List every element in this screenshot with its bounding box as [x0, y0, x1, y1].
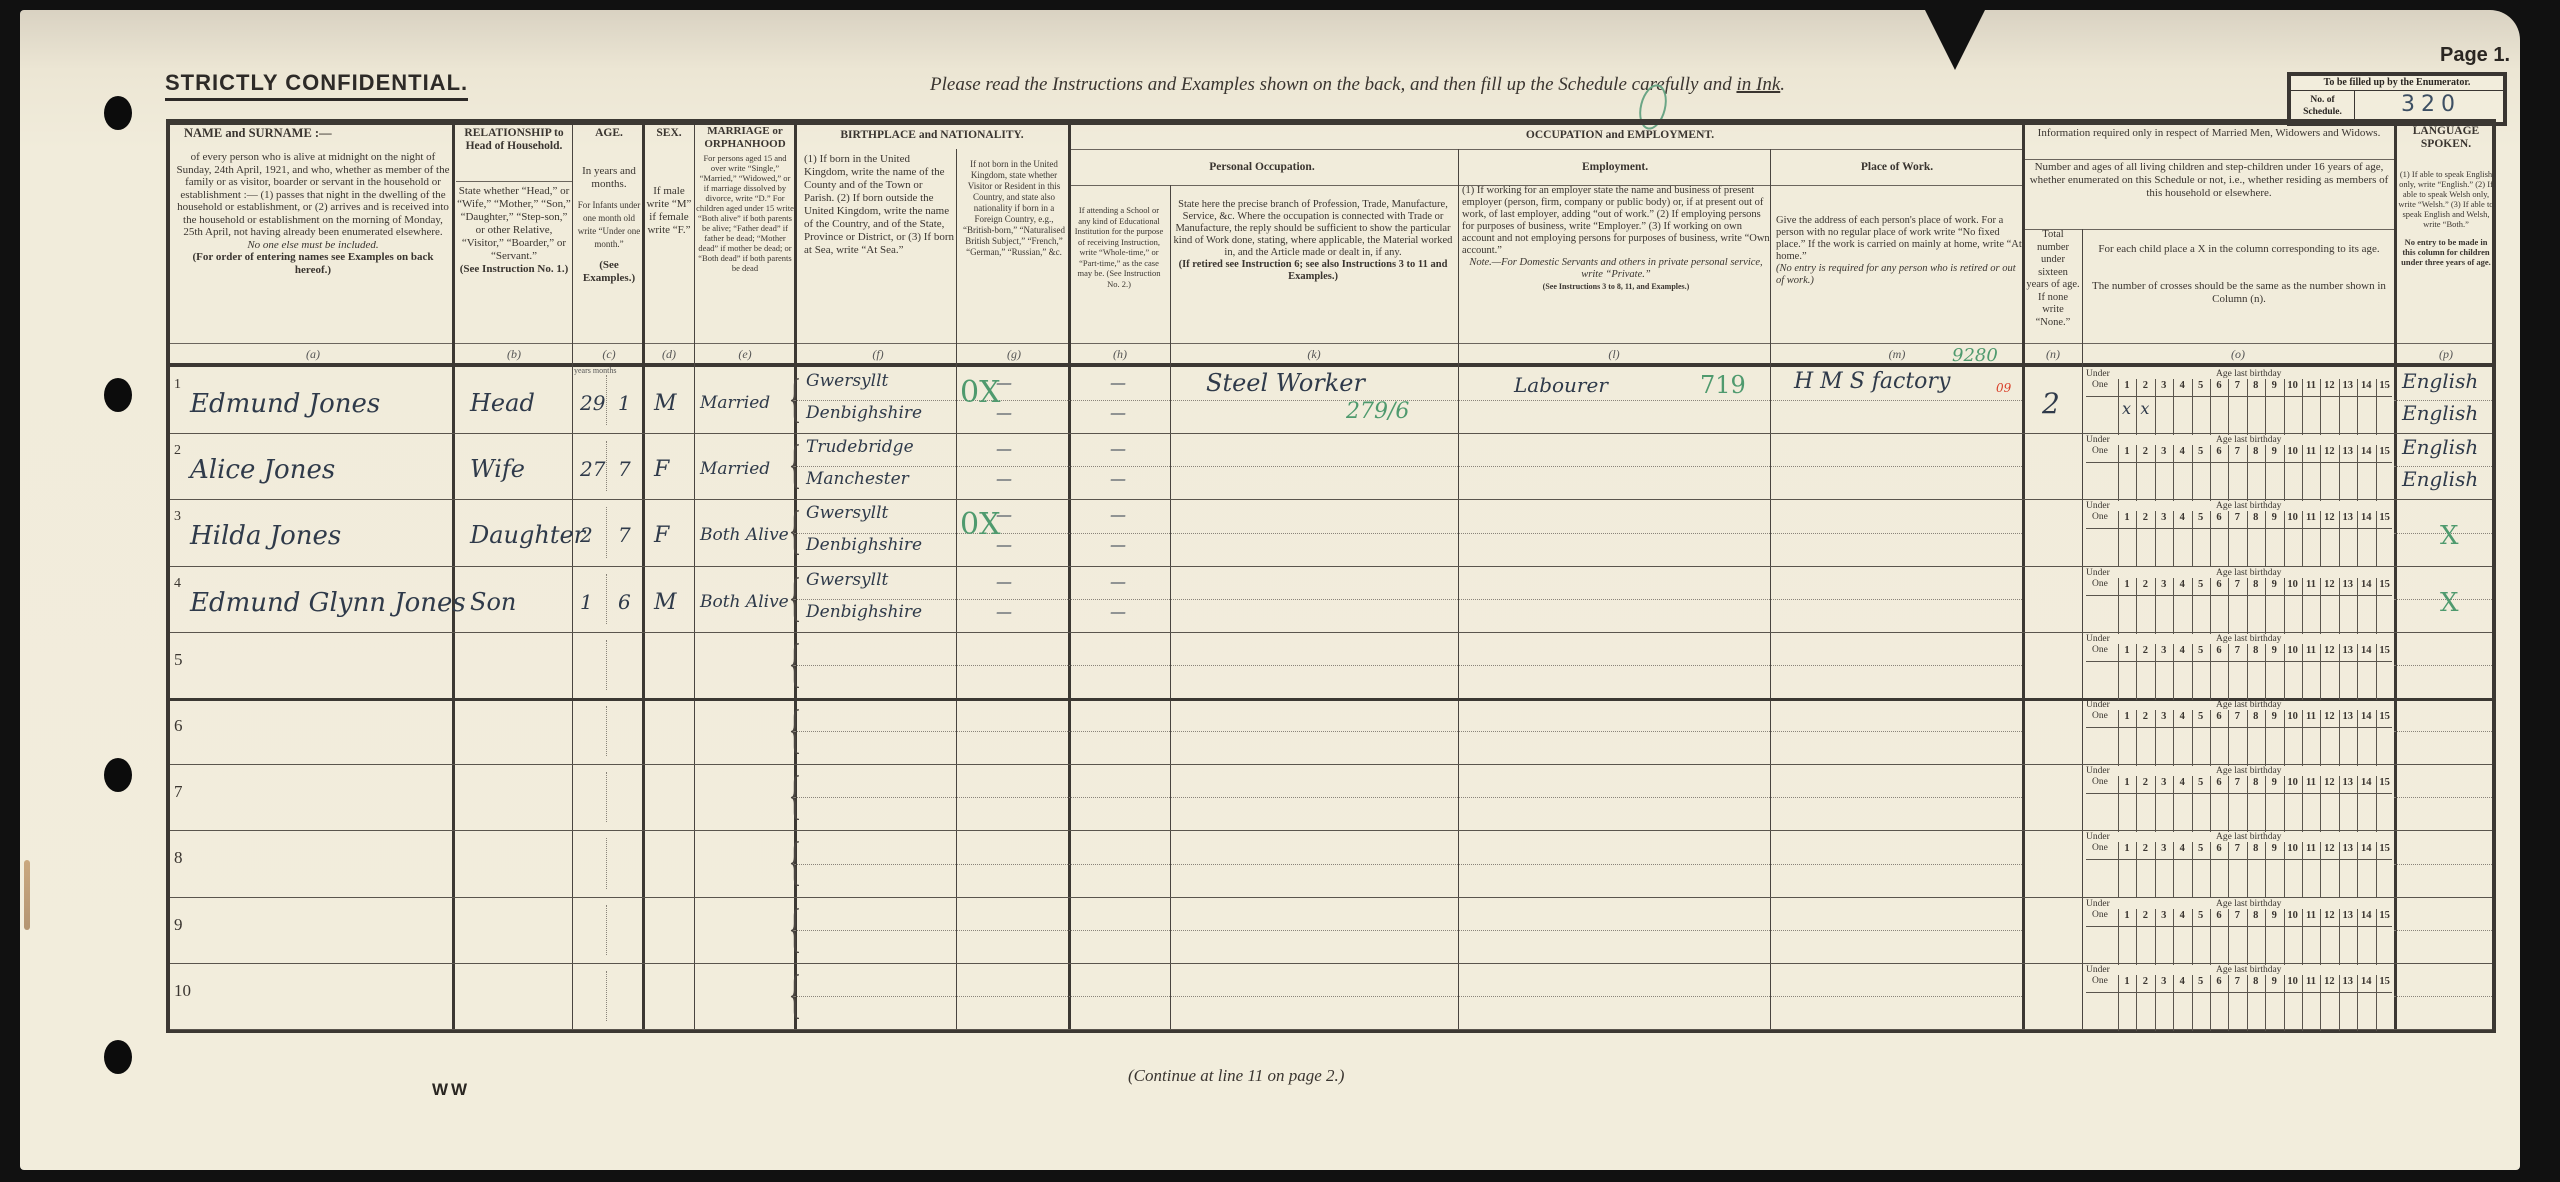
name-cell[interactable]: Hilda Jones	[190, 521, 341, 551]
row-brace: {	[788, 967, 801, 1021]
header-relationship-body: State whether “Head,” or “Wife,” “Mother…	[456, 185, 572, 276]
header-age-body: In years and months.For Infants under on…	[576, 165, 642, 285]
age-column-label: 2	[2136, 843, 2154, 854]
education-cell[interactable]: —	[1110, 505, 1126, 524]
age-column-label: 3	[2155, 976, 2173, 987]
sex-cell[interactable]: M	[654, 391, 677, 416]
age-column-label: 4	[2173, 579, 2191, 590]
age-column-label: 3	[2155, 711, 2173, 722]
rust-stain	[24, 860, 30, 930]
children-age-grid: UnderOneAge last birthday123456789101112…	[2086, 766, 2392, 828]
age-column-label: 15	[2376, 711, 2394, 722]
age-column-label: 12	[2320, 910, 2338, 921]
age-column-label: 2	[2136, 512, 2154, 523]
age-column-label: 1	[2118, 579, 2136, 590]
place-code: 09	[1996, 381, 2011, 395]
age-column-label: 5	[2192, 579, 2210, 590]
age-column-label: 4	[2173, 843, 2191, 854]
age-column-label: 10	[2284, 843, 2302, 854]
schedule-number-label: No. of Schedule.	[2291, 91, 2355, 122]
continue-note: (Continue at line 11 on page 2.)	[1128, 1066, 1344, 1086]
header-sex: SEX.	[644, 127, 694, 140]
age-column-label: 12	[2320, 843, 2338, 854]
col-letter-p: (p)	[2396, 347, 2496, 362]
age-column-label: 8	[2247, 976, 2265, 987]
row-number: 10	[174, 981, 191, 1001]
age-column-label: 15	[2376, 645, 2394, 656]
age-column-label: 11	[2302, 579, 2320, 590]
age-column-label: 12	[2320, 645, 2338, 656]
age-column-label: 9	[2265, 711, 2283, 722]
nationality-cell-2[interactable]: —	[996, 469, 1012, 488]
age-column-label: 8	[2247, 579, 2265, 590]
marriage-cell[interactable]: Married	[700, 393, 770, 413]
age-column-label: 14	[2357, 645, 2375, 656]
row-brace: {	[788, 437, 801, 491]
age-column-label: 8	[2247, 380, 2265, 391]
name-cell[interactable]: Alice Jones	[190, 455, 335, 485]
col-letter-a: (a)	[176, 347, 450, 362]
age-column-label: 13	[2339, 777, 2357, 788]
col-letter-e: (e)	[696, 347, 794, 362]
birthplace-town-cell[interactable]: Gwersyllt	[806, 570, 888, 590]
age-column-label: 3	[2155, 380, 2173, 391]
row-number: 3	[174, 509, 181, 525]
age-column-label: 9	[2265, 579, 2283, 590]
age-column-label: 12	[2320, 579, 2338, 590]
age-column-label: 13	[2339, 976, 2357, 987]
age-column-label: 1	[2118, 380, 2136, 391]
row-number: 6	[174, 716, 183, 736]
row-number: 8	[174, 848, 183, 868]
punch-hole	[104, 96, 132, 130]
age-column-label: 7	[2228, 645, 2246, 656]
row-number: 5	[174, 650, 183, 670]
col-letter-d: (d)	[644, 347, 694, 362]
occupation-cell[interactable]: Steel Worker	[1206, 369, 1365, 397]
age-column-label: 11	[2302, 645, 2320, 656]
education-cell-2[interactable]: —	[1110, 602, 1126, 621]
age-column-label: 3	[2155, 910, 2173, 921]
age-column-label: 6	[2210, 645, 2228, 656]
confidential-title: STRICTLY CONFIDENTIAL.	[165, 70, 468, 101]
row-brace: {	[788, 834, 801, 888]
age-column-label: 13	[2339, 645, 2357, 656]
header-marriage-body: For persons aged 15 and over write “Sing…	[696, 153, 794, 273]
education-cell[interactable]: —	[1110, 439, 1126, 458]
age-column-label: 11	[2302, 910, 2320, 921]
col-letter-k: (k)	[1170, 347, 1458, 362]
age-column-label: 10	[2284, 711, 2302, 722]
age-months-cell[interactable]: 7	[618, 457, 631, 481]
age-column-label: 3	[2155, 512, 2173, 523]
age-column-label: 6	[2210, 910, 2228, 921]
age-column-label: 15	[2376, 976, 2394, 987]
education-cell[interactable]: —	[1110, 572, 1126, 591]
row-brace: {	[788, 901, 801, 955]
age-column-label: 10	[2284, 645, 2302, 656]
age-column-label: 13	[2339, 579, 2357, 590]
marriage-cell[interactable]: Both Alive	[700, 525, 789, 545]
enumerator-check-mark: 0X	[960, 507, 1000, 542]
birthplace-town-cell[interactable]: Gwersyllt	[806, 503, 888, 523]
age-column-label: 9	[2265, 380, 2283, 391]
age-column-label: 15	[2376, 446, 2394, 457]
age-column-label: 15	[2376, 579, 2394, 590]
age-column-label: 1	[2118, 843, 2136, 854]
relationship-cell[interactable]: Head	[470, 389, 535, 417]
sex-cell[interactable]: M	[654, 590, 677, 615]
row-number: 9	[174, 915, 183, 935]
age-column-label: 8	[2247, 711, 2265, 722]
age-column-label: 1	[2118, 512, 2136, 523]
age-years-cell[interactable]: 29	[580, 391, 605, 415]
header-nationality-g: If not born in the United Kingdom, state…	[960, 159, 1068, 258]
age-column-label: 9	[2265, 976, 2283, 987]
age-column-label: 2	[2136, 380, 2154, 391]
name-cell[interactable]: Edmund Jones	[190, 389, 380, 419]
header-children-ages-o: For each child place a X in the column c…	[2086, 243, 2392, 306]
nationality-cell[interactable]: —	[996, 572, 1012, 591]
page-number: Page 1.	[2440, 44, 2510, 67]
age-column-label: 5	[2192, 512, 2210, 523]
enumerator-check-mark: 0X	[960, 375, 1000, 410]
age-column-label: 5	[2192, 645, 2210, 656]
child-age-cross[interactable]: x	[2122, 399, 2131, 418]
row-number: 2	[174, 443, 181, 459]
age-column-label: 2	[2136, 976, 2154, 987]
language-cross-mark: X	[2440, 588, 2459, 618]
age-column-label: 14	[2357, 843, 2375, 854]
row-brace: {	[788, 570, 801, 624]
header-personal-occupation: Personal Occupation.	[1070, 161, 1454, 174]
age-column-label: 2	[2136, 579, 2154, 590]
marriage-cell[interactable]: Both Alive	[700, 592, 789, 612]
age-column-label: 7	[2228, 579, 2246, 590]
age-column-label: 5	[2192, 843, 2210, 854]
education-cell-2[interactable]: —	[1110, 535, 1126, 554]
age-column-label: 1	[2118, 711, 2136, 722]
age-column-label: 8	[2247, 843, 2265, 854]
age-column-label: 5	[2192, 910, 2210, 921]
nationality-cell-2[interactable]: —	[996, 602, 1012, 621]
row-number: 7	[174, 782, 183, 802]
relationship-cell[interactable]: Wife	[470, 455, 525, 483]
age-column-label: 2	[2136, 645, 2154, 656]
age-column-label: 12	[2320, 512, 2338, 523]
age-column-label: 15	[2376, 380, 2394, 391]
sex-cell[interactable]: F	[654, 457, 669, 482]
birthplace-county-cell[interactable]: Manchester	[806, 469, 909, 489]
age-column-label: 14	[2357, 910, 2375, 921]
age-column-label: 15	[2376, 512, 2394, 523]
header-married-info: Information required only in respect of …	[2024, 127, 2394, 140]
form-mark: WW	[432, 1080, 470, 1100]
age-column-label: 6	[2210, 380, 2228, 391]
row-brace: {	[788, 371, 801, 425]
children-age-grid: UnderOneAge last birthday123456789101112…	[2086, 501, 2392, 563]
age-column-label: 13	[2339, 446, 2357, 457]
age-column-label: 3	[2155, 843, 2173, 854]
col-letter-b: (b)	[456, 347, 572, 362]
education-cell-2[interactable]: —	[1110, 469, 1126, 488]
age-column-label: 1	[2118, 976, 2136, 987]
children-age-grid: UnderOneAge last birthday123456789101112…	[2086, 965, 2392, 1027]
header-age: AGE.	[576, 127, 642, 140]
age-column-label: 3	[2155, 579, 2173, 590]
punch-hole	[104, 758, 132, 792]
header-name: NAME and SURNAME :—	[176, 127, 446, 140]
age-column-label: 7	[2228, 380, 2246, 391]
age-column-label: 5	[2192, 976, 2210, 987]
header-occupation-k: State here the precise branch of Profess…	[1170, 199, 1456, 283]
age-column-label: 4	[2173, 976, 2191, 987]
col-letter-c: (c)	[576, 347, 642, 362]
age-column-label: 5	[2192, 446, 2210, 457]
age-column-label: 5	[2192, 711, 2210, 722]
age-column-label: 1	[2118, 910, 2136, 921]
nationality-cell[interactable]: —	[996, 439, 1012, 458]
age-years-cell[interactable]: 2	[580, 523, 593, 547]
place-of-work-cell[interactable]: H M S factory	[1794, 369, 1950, 394]
age-column-label: 2	[2136, 446, 2154, 457]
age-column-label: 9	[2265, 446, 2283, 457]
age-column-label: 4	[2173, 446, 2191, 457]
age-column-label: 4	[2173, 645, 2191, 656]
age-column-label: 2	[2136, 711, 2154, 722]
age-column-label: 15	[2376, 777, 2394, 788]
age-years-cell[interactable]: 1	[580, 590, 593, 614]
age-column-label: 4	[2173, 512, 2191, 523]
age-column-label: 8	[2247, 910, 2265, 921]
header-education-h: If attending a School or any kind of Edu…	[1072, 205, 1166, 289]
age-column-label: 1	[2118, 645, 2136, 656]
header-place-of-work: Place of Work.	[1772, 161, 2022, 174]
birthplace-town-cell[interactable]: Gwersyllt	[806, 371, 888, 391]
age-column-label: 9	[2265, 843, 2283, 854]
age-column-label: 14	[2357, 512, 2375, 523]
children-age-grid: UnderOneAge last birthday1x2x34567891011…	[2086, 369, 2392, 431]
col-letter-g: (g)	[956, 347, 1072, 362]
age-column-label: 8	[2247, 777, 2265, 788]
birthplace-town-cell[interactable]: Trudebridge	[806, 437, 914, 457]
language-cell-1[interactable]: English	[2402, 435, 2478, 459]
age-column-label: 12	[2320, 380, 2338, 391]
age-column-label: 10	[2284, 512, 2302, 523]
employment-cell[interactable]: Labourer	[1514, 373, 1608, 397]
age-column-label: 6	[2210, 446, 2228, 457]
name-cell[interactable]: Edmund Glynn Jones	[190, 588, 466, 618]
age-column-label: 3	[2155, 777, 2173, 788]
enumerator-box-title: To be filled up by the Enumerator.	[2291, 76, 2503, 91]
language-cell-1[interactable]: English	[2402, 369, 2478, 393]
header-employment: Employment.	[1460, 161, 1770, 174]
occupation-code: 279/6	[1346, 399, 1409, 424]
age-column-label: 12	[2320, 777, 2338, 788]
age-column-label: 11	[2302, 976, 2320, 987]
children-age-grid: UnderOneAge last birthday123456789101112…	[2086, 634, 2392, 696]
age-column-label: 3	[2155, 446, 2173, 457]
children-age-grid: UnderOneAge last birthday123456789101112…	[2086, 832, 2392, 894]
age-column-label: 13	[2339, 843, 2357, 854]
age-column-label: 7	[2228, 446, 2246, 457]
age-column-label: 7	[2228, 843, 2246, 854]
age-column-label: 12	[2320, 711, 2338, 722]
place-code-top: 9280	[1952, 345, 1998, 366]
age-months-cell[interactable]: 1	[618, 391, 631, 415]
age-column-label: 7	[2228, 910, 2246, 921]
header-relationship: RELATIONSHIP to Head of Household.	[456, 127, 572, 153]
age-column-label: 11	[2302, 380, 2320, 391]
children-total-cell[interactable]: 2	[2042, 387, 2060, 420]
header-language-body: (1) If able to speak English only, write…	[2398, 169, 2494, 267]
age-column-label: 13	[2339, 380, 2357, 391]
header-marriage: MARRIAGE or ORPHANHOOD	[696, 125, 794, 151]
children-age-grid: UnderOneAge last birthday123456789101112…	[2086, 568, 2392, 630]
col-letter-n: (n)	[2024, 347, 2082, 362]
age-column-label: 4	[2173, 380, 2191, 391]
age-column-label: 7	[2228, 711, 2246, 722]
age-column-label: 6	[2210, 976, 2228, 987]
children-age-grid: UnderOneAge last birthday123456789101112…	[2086, 700, 2392, 762]
child-age-cross[interactable]: x	[2140, 399, 2149, 418]
age-column-label: 10	[2284, 976, 2302, 987]
age-column-label: 7	[2228, 777, 2246, 788]
enumerator-box: To be filled up by the Enumerator. No. o…	[2287, 72, 2507, 126]
age-column-label: 8	[2247, 645, 2265, 656]
header-place-of-work-body: Give the address of each person's place …	[1776, 215, 2022, 287]
punch-hole	[104, 378, 132, 412]
age-column-label: 1	[2118, 446, 2136, 457]
age-column-label: 9	[2265, 777, 2283, 788]
age-column-label: 4	[2173, 777, 2191, 788]
header-name-body: of every person who is alive at midnight…	[176, 151, 450, 276]
age-column-label: 4	[2173, 711, 2191, 722]
age-column-label: 14	[2357, 777, 2375, 788]
age-column-label: 6	[2210, 777, 2228, 788]
birthplace-county-cell[interactable]: Denbighshire	[806, 602, 922, 622]
age-column-label: 14	[2357, 711, 2375, 722]
age-column-label: 13	[2339, 910, 2357, 921]
children-age-grid: UnderOneAge last birthday123456789101112…	[2086, 899, 2392, 961]
age-column-label: 5	[2192, 380, 2210, 391]
age-column-label: 6	[2210, 843, 2228, 854]
age-column-label: 1	[2118, 777, 2136, 788]
age-column-label: 10	[2284, 446, 2302, 457]
col-letter-o: (o)	[2082, 347, 2394, 362]
age-column-label: 13	[2339, 711, 2357, 722]
age-column-label: 12	[2320, 446, 2338, 457]
header-birthplace-f: (1) If born in the United Kingdom, write…	[804, 153, 954, 257]
age-column-label: 2	[2136, 777, 2154, 788]
age-column-label: 14	[2357, 579, 2375, 590]
age-column-label: 10	[2284, 777, 2302, 788]
relationship-cell[interactable]: Daughter	[470, 521, 585, 549]
age-column-label: 4	[2173, 910, 2191, 921]
sex-cell[interactable]: F	[654, 523, 669, 548]
age-column-label: 13	[2339, 512, 2357, 523]
birthplace-county-cell[interactable]: Denbighshire	[806, 403, 922, 423]
age-column-label: 6	[2210, 579, 2228, 590]
row-brace: {	[788, 636, 801, 690]
age-column-label: 11	[2302, 446, 2320, 457]
age-column-label: 8	[2247, 512, 2265, 523]
row-number: 4	[174, 576, 181, 592]
age-column-label: 7	[2228, 976, 2246, 987]
employment-code: 719	[1700, 371, 1746, 399]
age-column-label: 3	[2155, 645, 2173, 656]
col-letter-f: (f)	[800, 347, 956, 362]
education-cell[interactable]: —	[1110, 373, 1126, 392]
age-column-label: 11	[2302, 711, 2320, 722]
age-column-label: 10	[2284, 579, 2302, 590]
age-column-label: 11	[2302, 777, 2320, 788]
age-column-label: 2	[2136, 910, 2154, 921]
header-employment-body: (1) If working for an employer state the…	[1462, 185, 1770, 293]
col-letter-h: (h)	[1070, 347, 1170, 362]
age-column-label: 14	[2357, 446, 2375, 457]
children-age-grid: UnderOneAge last birthday123456789101112…	[2086, 435, 2392, 497]
age-subheader: years months	[574, 366, 616, 375]
age-column-label: 10	[2284, 910, 2302, 921]
row-brace: {	[788, 768, 801, 822]
header-children: Number and ages of all living children a…	[2026, 161, 2392, 200]
age-years-cell[interactable]: 27	[580, 457, 605, 481]
age-column-label: 11	[2302, 512, 2320, 523]
age-column-label: 6	[2210, 711, 2228, 722]
header-children-total-n: Total number under sixteen years of age.…	[2026, 229, 2080, 329]
census-table: NAME and SURNAME :— of every person who …	[166, 119, 2496, 1033]
age-months-cell[interactable]: 7	[618, 523, 631, 547]
age-months-cell[interactable]: 6	[618, 590, 631, 614]
paper-tear	[1925, 10, 1985, 70]
education-cell-2[interactable]: —	[1110, 403, 1126, 422]
age-column-label: 12	[2320, 976, 2338, 987]
relationship-cell[interactable]: Son	[470, 588, 516, 616]
age-column-label: 14	[2357, 976, 2375, 987]
header-birthplace: BIRTHPLACE and NATIONALITY.	[800, 129, 1064, 142]
marriage-cell[interactable]: Married	[700, 459, 770, 479]
header-language: LANGUAGE SPOKEN.	[2396, 125, 2496, 151]
age-column-label: 9	[2265, 910, 2283, 921]
header-sex-body: If male write “M” if female write “F.”	[644, 185, 694, 237]
age-column-label: 9	[2265, 645, 2283, 656]
age-column-label: 15	[2376, 910, 2394, 921]
birthplace-county-cell[interactable]: Denbighshire	[806, 535, 922, 555]
row-brace: {	[788, 503, 801, 557]
age-column-label: 8	[2247, 446, 2265, 457]
row-number: 1	[174, 377, 181, 393]
language-cell-2[interactable]: English	[2402, 467, 2478, 491]
age-column-label: 7	[2228, 512, 2246, 523]
age-column-label: 14	[2357, 380, 2375, 391]
punch-hole	[104, 1040, 132, 1074]
schedule-number-value[interactable]: 320	[2361, 92, 2501, 117]
language-cross-mark: X	[2440, 521, 2459, 551]
age-column-label: 15	[2376, 843, 2394, 854]
age-column-label: 10	[2284, 380, 2302, 391]
col-letter-l: (l)	[1458, 347, 1770, 362]
header-occupation: OCCUPATION and EMPLOYMENT.	[1070, 129, 2170, 142]
age-column-label: 6	[2210, 512, 2228, 523]
age-column-label: 9	[2265, 512, 2283, 523]
age-column-label: 11	[2302, 843, 2320, 854]
age-column-label: 5	[2192, 777, 2210, 788]
language-cell-2[interactable]: English	[2402, 401, 2478, 425]
row-brace: {	[788, 702, 801, 756]
